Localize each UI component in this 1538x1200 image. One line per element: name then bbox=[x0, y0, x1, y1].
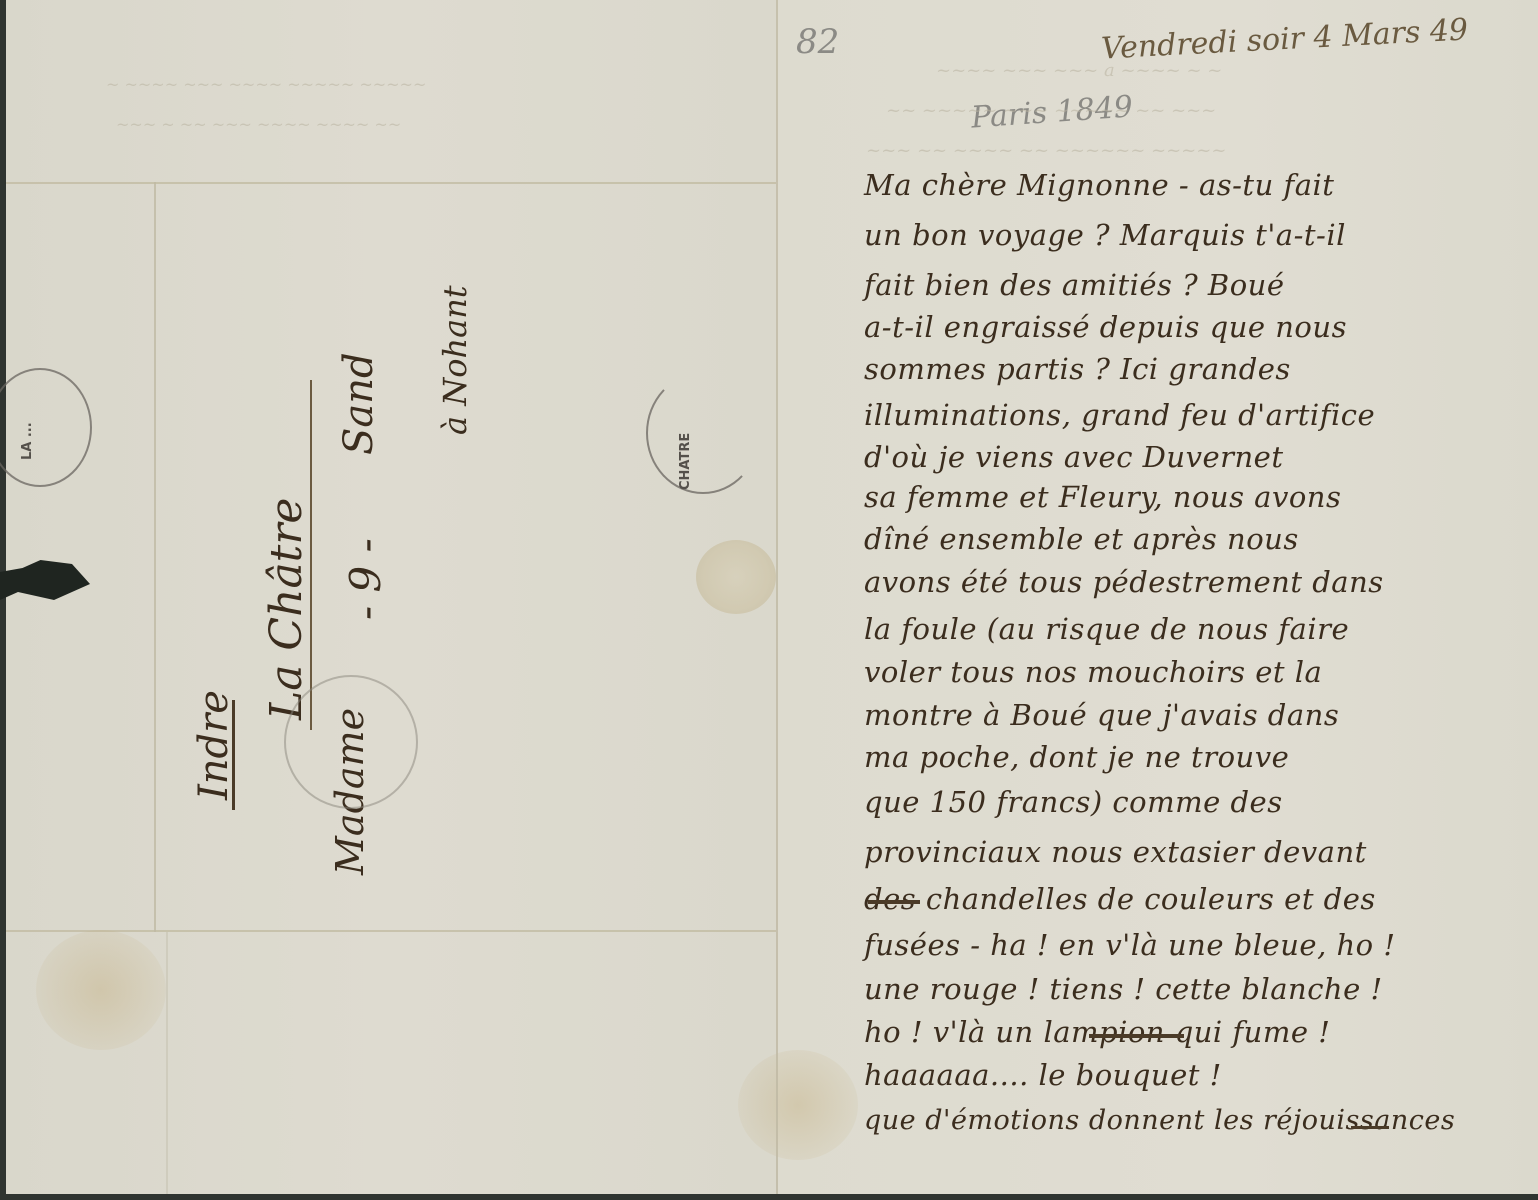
address-underline bbox=[310, 380, 312, 730]
letter-line: que d'émotions donnent les réjouissances bbox=[864, 1105, 1455, 1136]
fold-line-bottom bbox=[6, 930, 776, 932]
bleed-through-text: ~~~ ~~ ~~~~ ~~ ~~~~~~ ~~~~~ bbox=[866, 140, 1226, 161]
address-line-number: - 9 - bbox=[341, 538, 390, 620]
strikethrough-mark bbox=[1089, 1034, 1184, 1038]
letter-line: fait bien des amitiés ? Boué bbox=[864, 268, 1285, 302]
postmark-center bbox=[284, 675, 418, 809]
torn-edge bbox=[0, 560, 90, 600]
letter-line: montre à Boué que j'avais dans bbox=[864, 698, 1339, 732]
archive-number: 82 bbox=[796, 22, 839, 62]
fold-line-lower bbox=[166, 932, 168, 1194]
letter-line: sommes partis ? Ici grandes bbox=[864, 352, 1291, 386]
address-page: ~ ~~~~ ~~~ ~~~~ ~~~~~ ~~~~~ ~~~ ~ ~~ ~~~… bbox=[6, 0, 776, 1194]
postmark-right bbox=[646, 372, 760, 494]
strikethrough-mark bbox=[868, 900, 920, 904]
letter-sheet: ~ ~~~~ ~~~ ~~~~ ~~~~~ ~~~~~ ~~~ ~ ~~ ~~~… bbox=[6, 0, 1538, 1194]
address-line-place: à Nohant bbox=[436, 285, 474, 435]
letter-line: d'où je viens avec Duvernet bbox=[864, 440, 1284, 474]
letter-line: dîné ensemble et après nous bbox=[864, 522, 1299, 556]
bleed-through-text: ~~~ ~ ~~ ~~~ ~~~~ ~~~~ ~~ bbox=[116, 115, 401, 134]
letter-line: une rouge ! tiens ! cette blanche ! bbox=[864, 972, 1383, 1006]
letter-line: la foule (au risque de nous faire bbox=[864, 612, 1349, 646]
fold-line-left bbox=[154, 182, 156, 932]
letter-line: provinciaux nous extasier devant bbox=[864, 835, 1367, 869]
postmark-left-text: LA ... bbox=[20, 422, 35, 460]
letter-line: avons été tous pédestrement dans bbox=[864, 565, 1384, 599]
letter-line: haaaaaa.... le bouquet ! bbox=[864, 1058, 1222, 1092]
center-fold bbox=[776, 0, 778, 1194]
bleed-through-text: ~~ ~~~~~ ~~~ ~~~~~ ~~ ~~~ bbox=[886, 100, 1216, 121]
paper-stain bbox=[738, 1050, 858, 1160]
bleed-through-text: ~ ~~~~ ~~~ ~~~~ ~~~~~ ~~~~~ bbox=[106, 75, 426, 94]
wax-seal-remnant bbox=[696, 540, 776, 614]
strikethrough-mark bbox=[1351, 1126, 1389, 1129]
letter-line: que 150 francs) comme des bbox=[864, 785, 1283, 819]
letter-line: ma poche, dont je ne trouve bbox=[864, 740, 1289, 774]
letter-line: ho ! v'là un lampion qui fume ! bbox=[864, 1015, 1330, 1049]
letter-line: fusées - ha ! en v'là une bleue, ho ! bbox=[864, 928, 1396, 962]
paper-stain bbox=[36, 930, 166, 1050]
address-underline bbox=[232, 700, 235, 810]
address-line-department: Indre bbox=[191, 690, 237, 800]
letter-line: voler tous nos mouchoirs et la bbox=[864, 655, 1322, 689]
letter-line: illuminations, grand feu d'artifice bbox=[864, 398, 1375, 432]
letter-line: sa femme et Fleury, nous avons bbox=[864, 480, 1341, 514]
letter-line: a-t-il engraissé depuis que nous bbox=[864, 310, 1347, 344]
postmark-left bbox=[0, 368, 92, 487]
postmark-right-text: CHATRE bbox=[678, 433, 693, 490]
letter-line: des chandelles de couleurs et des bbox=[864, 882, 1376, 916]
letter-line: Ma chère Mignonne - as-tu fait bbox=[864, 168, 1334, 202]
fold-line-top bbox=[6, 182, 776, 184]
address-line-name: Sand bbox=[336, 352, 382, 455]
address-line-town: La Châtre bbox=[261, 498, 312, 720]
bleed-through-text: ~~~~ ~~~ ~~~ a ~~~~ ~ ~ bbox=[936, 60, 1222, 81]
letter-line: un bon voyage ? Marquis t'a-t-il bbox=[864, 218, 1346, 252]
